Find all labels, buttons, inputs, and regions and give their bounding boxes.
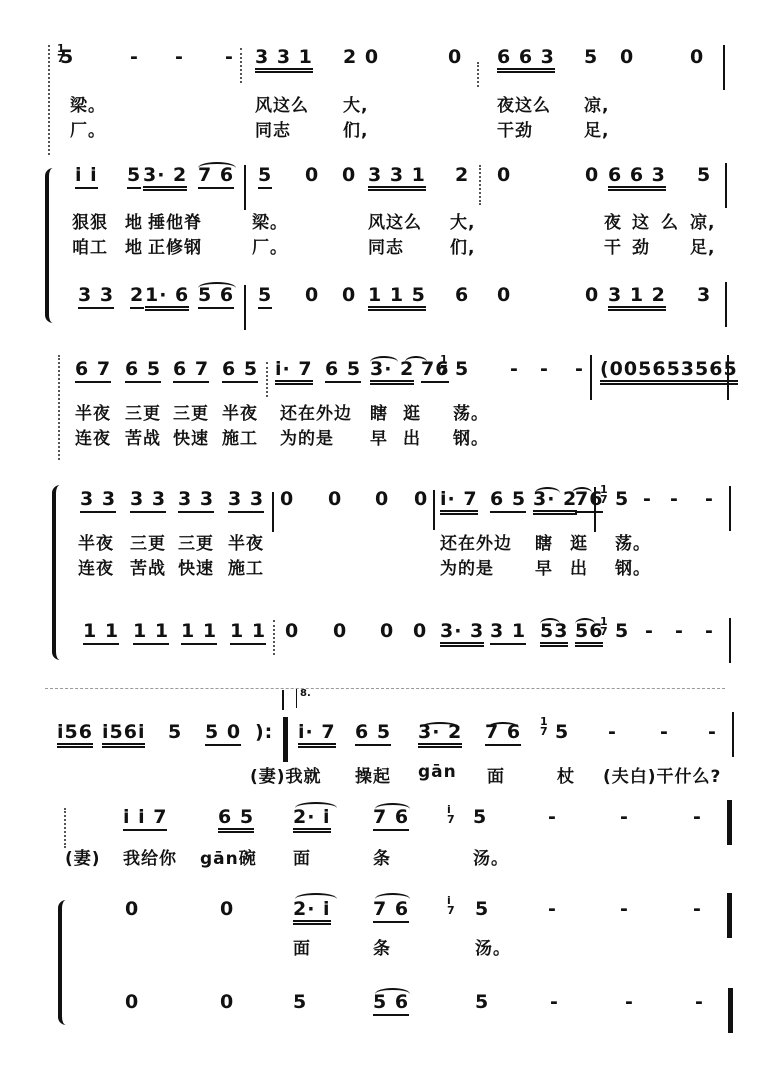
- lyric-text: 干劲: [497, 116, 533, 141]
- lyric-row: 连夜苦战快速施工为的是早出钢。: [0, 554, 772, 584]
- lyric-text: 瞎: [535, 529, 553, 554]
- lyric-text: 地: [125, 233, 143, 258]
- note-group: 5: [475, 898, 489, 920]
- note-group: 0: [380, 620, 394, 642]
- note-group: -: [643, 488, 652, 510]
- note-group: 3· 3: [440, 620, 484, 647]
- lyric-text: 们,: [450, 233, 475, 258]
- lyric-text: 还在外边: [440, 529, 512, 554]
- lyric-text: 梁。: [252, 208, 288, 233]
- lyric-text: 面: [487, 762, 505, 787]
- note-group: -: [705, 488, 714, 510]
- lyric-text: 苦战: [130, 554, 166, 579]
- note-group: -: [708, 721, 717, 743]
- score-page: 5---3 3 12 006 6 35001 7梁。风这么大,夜这么凉,厂。同志…: [0, 0, 772, 1070]
- notation-row: 3 33 33 33 30000i· 76 53· 2765---: [0, 488, 772, 518]
- note-group: 6 6 3: [497, 46, 555, 73]
- lyric-text: 干: [604, 233, 622, 258]
- note-group: 0: [585, 284, 599, 306]
- note-group: 0: [125, 898, 139, 920]
- lyric-text: 足,: [690, 233, 715, 258]
- note-group: 6 5: [355, 721, 391, 746]
- note-group: 6 5: [218, 806, 254, 833]
- notation-row: i i53· 27 65003 3 12006 6 35: [0, 164, 772, 194]
- note-group: 0: [585, 164, 599, 186]
- lyric-text: 们,: [343, 116, 368, 141]
- note-group: 3 3: [80, 488, 116, 513]
- lyric-text: 足,: [584, 116, 609, 141]
- note-group: -: [510, 358, 519, 380]
- note-group: 5 0: [205, 721, 241, 746]
- lyric-text: 三更: [130, 529, 166, 554]
- note-group: -: [705, 620, 714, 642]
- barline: [48, 45, 50, 155]
- note-group: 5: [127, 164, 141, 189]
- note-group: 0: [497, 164, 511, 186]
- notation-row: 5---3 3 12 006 6 3500: [0, 46, 772, 76]
- slur-mark: [295, 893, 337, 905]
- note-group: 1 1: [230, 620, 266, 645]
- barline: [272, 492, 274, 532]
- lyric-text: 风这么: [255, 91, 309, 116]
- lyric-text: 苦战: [125, 424, 161, 449]
- lyric-text: 三更: [125, 399, 161, 424]
- lyric-text: 面: [293, 934, 311, 959]
- note-group: 6 7: [173, 358, 209, 383]
- slur-mark: [575, 618, 595, 630]
- note-group: i56i: [102, 721, 145, 748]
- note-group: -: [693, 898, 702, 920]
- note-group: 2: [455, 164, 469, 186]
- note-group: -: [550, 991, 559, 1013]
- note-group: -: [548, 806, 557, 828]
- lyric-text: 汤。: [473, 844, 509, 869]
- slur-mark: [540, 618, 560, 630]
- note-group: 3· 2: [143, 164, 187, 191]
- lyric-text: (妻): [65, 844, 101, 869]
- note-group: -: [670, 488, 679, 510]
- slur-mark: [370, 356, 398, 368]
- note-group: 5: [258, 284, 272, 309]
- lyric-row: 面条汤。: [0, 934, 772, 964]
- note-group: 3 3: [178, 488, 214, 513]
- lyric-text: 荡。: [615, 529, 651, 554]
- lyric-text: 半夜: [78, 529, 114, 554]
- lyric-text: 出: [403, 424, 421, 449]
- slur-mark: [198, 282, 236, 294]
- lyric-row: 咱工地正修钢厂。同志们,干劲足,: [0, 233, 772, 263]
- lyric-text: 连夜: [75, 424, 111, 449]
- note-group: 0: [125, 991, 139, 1013]
- barline: [244, 285, 246, 330]
- note-group: -: [660, 721, 669, 743]
- grace-note: 1 7: [600, 617, 608, 637]
- note-group: 5: [293, 991, 307, 1013]
- note-group: i· 7: [440, 488, 478, 515]
- lyric-text: 这: [632, 208, 650, 233]
- grace-note: 1 7: [57, 44, 65, 64]
- barline: [477, 62, 479, 87]
- note-group: 5: [473, 806, 487, 828]
- grace-note: i 7: [447, 805, 455, 825]
- slur-mark: [295, 802, 337, 814]
- note-group: 3 3: [130, 488, 166, 513]
- lyric-text: 同志: [255, 116, 291, 141]
- note-group: (005653565: [600, 358, 738, 385]
- lyric-text: 快速: [173, 424, 209, 449]
- lyric-text: 汤。: [475, 934, 511, 959]
- lyric-row: 厂。同志们,干劲足,: [0, 116, 772, 146]
- lyric-text: 厂。: [70, 116, 106, 141]
- lyric-text: 么: [661, 208, 679, 233]
- note-group: 6 5: [490, 488, 526, 513]
- note-group: 5: [258, 164, 272, 189]
- barline: [64, 808, 66, 848]
- system-brace: [52, 485, 62, 660]
- note-group: 0: [280, 488, 294, 510]
- barline: [727, 800, 732, 845]
- slur-mark: [375, 988, 410, 1000]
- lyric-text: 三更: [173, 399, 209, 424]
- lyric-text: 凉,: [690, 208, 715, 233]
- volta-bracket: 8.: [296, 688, 311, 708]
- slur-mark: [375, 893, 410, 905]
- lyric-text: 大,: [343, 91, 368, 116]
- note-group: 0: [285, 620, 299, 642]
- note-group: -: [175, 46, 184, 68]
- barline: [590, 355, 592, 400]
- note-group: 0: [342, 284, 356, 306]
- note-group: 0: [220, 991, 234, 1013]
- note-group: 6: [455, 284, 469, 306]
- grace-note: 1 7: [540, 717, 548, 737]
- note-group: 0: [305, 164, 319, 186]
- note-group: 2: [130, 284, 144, 309]
- barline: [725, 163, 727, 208]
- note-group: 0: [448, 46, 462, 68]
- barline: [594, 487, 596, 532]
- lyric-text: 厂。: [252, 233, 288, 258]
- note-group: 0: [328, 488, 342, 510]
- lyric-text: 狠狠: [72, 208, 108, 233]
- lyric-text: 半夜: [222, 399, 258, 424]
- barline: [273, 620, 275, 655]
- barline: [266, 362, 268, 397]
- note-group: 0: [342, 164, 356, 186]
- note-group: -: [675, 620, 684, 642]
- note-group: -: [575, 358, 584, 380]
- note-group: 6 5: [325, 358, 361, 383]
- barline: [283, 717, 288, 762]
- grace-note: i 7: [447, 896, 455, 916]
- note-group: 1 1: [133, 620, 169, 645]
- note-group: 5: [584, 46, 598, 68]
- barline: [479, 165, 481, 205]
- note-group: i56: [57, 721, 93, 748]
- note-group: -: [625, 991, 634, 1013]
- lyric-text: 条: [373, 844, 391, 869]
- note-group: 3 1: [490, 620, 526, 645]
- notation-row: 1 11 11 11 100003· 33 153565---: [0, 620, 772, 650]
- note-group: -: [620, 806, 629, 828]
- note-group: 0: [413, 620, 427, 642]
- lyric-text: 施工: [228, 554, 264, 579]
- lyric-text: 杖: [557, 762, 575, 787]
- barline: [240, 48, 242, 83]
- slur-mark: [420, 722, 460, 734]
- note-group: 1 1: [83, 620, 119, 645]
- slur-mark: [405, 356, 427, 368]
- note-group: -: [608, 721, 617, 743]
- lyric-text: 早: [370, 424, 388, 449]
- note-group: 1 1: [181, 620, 217, 645]
- notation-row: 3 321· 65 65001 1 56003 1 23: [0, 284, 772, 314]
- lyric-text: 逛: [570, 529, 588, 554]
- note-group: i· 7: [275, 358, 313, 385]
- lyric-text: 风这么: [368, 208, 422, 233]
- lyric-row: (妻)我就操起gān面杖(夫白)干什么?: [0, 762, 772, 792]
- lyric-text: (妻)我就: [250, 762, 322, 787]
- note-group: 0: [497, 284, 511, 306]
- lyric-row: 连夜苦战快速施工为的是早出钢。: [0, 424, 772, 454]
- lyric-text: 半夜: [228, 529, 264, 554]
- barline: [729, 618, 731, 663]
- slur-mark: [535, 487, 560, 499]
- barline: [282, 690, 284, 710]
- lyric-text: 同志: [368, 233, 404, 258]
- note-group: 0: [220, 898, 234, 920]
- barline: [723, 45, 725, 90]
- lyric-text: 早: [535, 554, 553, 579]
- barline: [725, 282, 727, 327]
- grace-note: 1 7: [600, 485, 608, 505]
- lyric-text: 施工: [222, 424, 258, 449]
- note-group: -: [540, 358, 549, 380]
- barline: [728, 988, 733, 1033]
- lyric-text: (夫白)干什么?: [603, 762, 721, 787]
- lyric-text: 逛: [403, 399, 421, 424]
- note-group: 5: [615, 488, 629, 510]
- lyric-text: 咱工: [72, 233, 108, 258]
- note-group: -: [130, 46, 139, 68]
- note-group: -: [548, 898, 557, 920]
- note-group: 5: [455, 358, 469, 380]
- section-separator: [45, 688, 725, 690]
- note-group: -: [695, 991, 704, 1013]
- note-group: 0: [414, 488, 428, 510]
- note-group: -: [620, 898, 629, 920]
- note-group: 3 1 2: [608, 284, 666, 311]
- note-group: 3: [697, 284, 711, 306]
- lyric-text: 面: [293, 844, 311, 869]
- note-group: 1 1 5: [368, 284, 426, 311]
- note-group: 6 6 3: [608, 164, 666, 191]
- lyric-text: 还在外边: [280, 399, 352, 424]
- lyric-text: 条: [373, 934, 391, 959]
- system-brace: [45, 168, 55, 323]
- note-group: 6 7: [75, 358, 111, 383]
- note-group: 0: [375, 488, 389, 510]
- lyric-text: 快速: [178, 554, 214, 579]
- note-group: 3 3 1: [255, 46, 313, 73]
- barline: [729, 486, 731, 531]
- grace-note: 1 7: [440, 355, 448, 375]
- lyric-text: 半夜: [75, 399, 111, 424]
- lyric-text: gān碗: [200, 844, 257, 869]
- barline: [727, 893, 732, 938]
- slur-mark: [572, 487, 592, 499]
- lyric-text: 三更: [178, 529, 214, 554]
- lyric-row: (妻)我给你gān碗面条汤。: [0, 844, 772, 874]
- note-group: 5: [168, 721, 182, 743]
- lyric-text: 钢。: [615, 554, 651, 579]
- barline: [732, 712, 734, 757]
- lyric-text: 夜: [604, 208, 622, 233]
- note-group: 2 0: [343, 46, 379, 68]
- slur-mark: [198, 162, 236, 174]
- note-group: -: [225, 46, 234, 68]
- note-group: -: [645, 620, 654, 642]
- barline: [727, 355, 729, 400]
- lyric-text: 地: [125, 208, 143, 233]
- note-group: 0: [690, 46, 704, 68]
- note-group: 5: [475, 991, 489, 1013]
- lyric-text: 梁。: [70, 91, 106, 116]
- note-group: 6 5: [222, 358, 258, 383]
- slur-mark: [375, 803, 410, 815]
- lyric-text: 为的是: [440, 554, 494, 579]
- note-group: 5: [555, 721, 569, 743]
- note-group: 5: [697, 164, 711, 186]
- note-group: 3 3: [78, 284, 114, 309]
- lyric-text: 夜这么: [497, 91, 551, 116]
- note-group: i· 7: [298, 721, 336, 748]
- note-group: 5: [615, 620, 629, 642]
- note-group: 0: [620, 46, 634, 68]
- note-group: i i: [75, 164, 98, 189]
- note-group: ):: [255, 721, 273, 743]
- lyric-text: 连夜: [78, 554, 114, 579]
- barline: [58, 355, 60, 460]
- note-group: -: [693, 806, 702, 828]
- lyric-text: 荡。: [453, 399, 489, 424]
- note-group: 0: [305, 284, 319, 306]
- note-group: i i 7: [123, 806, 167, 831]
- lyric-text: 凉,: [584, 91, 609, 116]
- barline: [433, 490, 435, 530]
- lyric-text: gān: [418, 762, 457, 782]
- lyric-text: 钢。: [453, 424, 489, 449]
- note-group: 3 3 1: [368, 164, 426, 191]
- lyric-text: 出: [570, 554, 588, 579]
- lyric-text: 为的是: [280, 424, 334, 449]
- slur-mark: [487, 722, 519, 734]
- notation-row: i56i56i55 0):i· 76 53· 27 65---: [0, 721, 772, 751]
- lyric-text: 瞎: [370, 399, 388, 424]
- note-group: 0: [333, 620, 347, 642]
- note-group: 1· 6: [145, 284, 189, 311]
- note-group: 3 3: [228, 488, 264, 513]
- lyric-text: 捶他脊: [148, 208, 202, 233]
- barline: [244, 165, 246, 210]
- lyric-text: 操起: [355, 762, 391, 787]
- lyric-text: 我给你: [123, 844, 177, 869]
- lyric-text: 正修钢: [148, 233, 202, 258]
- system-brace: [58, 900, 68, 1025]
- lyric-text: 劲: [632, 233, 650, 258]
- lyric-text: 大,: [450, 208, 475, 233]
- note-group: 6 5: [125, 358, 161, 383]
